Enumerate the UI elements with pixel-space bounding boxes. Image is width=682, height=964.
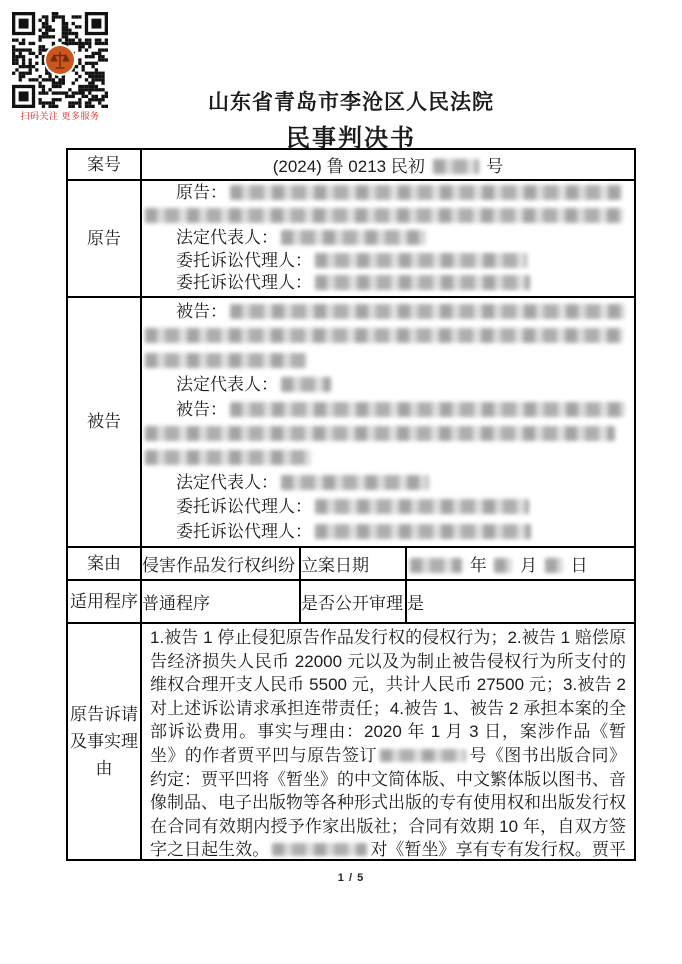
filing-date-value: 年 月 日 [406, 547, 635, 580]
document-header: 山东省青岛市李沧区人民法院 民事判决书 [66, 86, 636, 153]
redacted-text [315, 275, 530, 290]
party-line-label: 被告： [176, 302, 227, 321]
party-line: 法定代表人： [142, 227, 634, 250]
judgment-table: 案号 (2024) 鲁 0213 民初 号 原告 原告：法定代表人：委托诉讼代理… [66, 148, 636, 861]
redacted-text [315, 524, 531, 539]
plaintiff-label: 原告 [67, 180, 141, 297]
party-line-label: 法定代表人： [176, 375, 278, 394]
redacted-text [272, 843, 367, 856]
redacted-text [145, 426, 615, 441]
redacted-text [433, 159, 479, 174]
party-line [142, 324, 634, 348]
court-name: 山东省青岛市李沧区人民法院 [66, 86, 636, 116]
redacted-text [380, 749, 466, 762]
procedure-label: 适用程序 [67, 580, 141, 623]
case-number-label: 案号 [67, 149, 141, 180]
defendant-details: 被告：法定代表人：被告：法定代表人：委托诉讼代理人：委托诉讼代理人： [141, 297, 635, 547]
claims-label: 原告诉请及事实理由 [67, 623, 141, 860]
filing-date-label: 立案日期 [300, 547, 406, 580]
redacted-text [145, 450, 311, 465]
redacted-text [281, 475, 429, 490]
party-line [142, 205, 634, 228]
party-line-label: 委托诉讼代理人： [176, 522, 312, 541]
redacted-text [145, 353, 307, 368]
party-line [142, 446, 634, 470]
redacted-text [494, 558, 512, 573]
party-line: 委托诉讼代理人： [142, 495, 634, 519]
redacted-text [230, 402, 625, 417]
redacted-text [145, 328, 623, 343]
redacted-text [315, 499, 529, 514]
party-line [142, 422, 634, 446]
defendant-label: 被告 [67, 297, 141, 547]
party-line-label: 委托诉讼代理人： [176, 497, 312, 516]
party-line: 委托诉讼代理人： [142, 272, 634, 295]
defendant-row: 被告 被告：法定代表人：被告：法定代表人：委托诉讼代理人：委托诉讼代理人： [67, 297, 635, 547]
page-number: 1 / 5 [66, 872, 636, 884]
cause-row: 案由 侵害作品发行权纠纷 立案日期 年 月 日 [67, 547, 635, 580]
redacted-text [230, 304, 625, 319]
party-line-label: 委托诉讼代理人： [176, 251, 312, 270]
party-line-label: 原告： [176, 183, 227, 202]
party-line-label: 委托诉讼代理人： [176, 273, 312, 292]
redacted-text [230, 185, 622, 200]
party-line: 委托诉讼代理人： [142, 520, 634, 544]
plaintiff-row: 原告 原告：法定代表人：委托诉讼代理人：委托诉讼代理人： [67, 180, 635, 297]
redacted-text [281, 230, 426, 245]
public-hearing-value: 是 [406, 580, 635, 623]
party-line: 被告： [142, 398, 634, 422]
party-line-label: 被告： [176, 400, 227, 419]
case-number-row: 案号 (2024) 鲁 0213 民初 号 [67, 149, 635, 180]
party-line: 被告： [142, 300, 634, 324]
redacted-text [281, 377, 331, 392]
party-line-label: 法定代表人： [176, 473, 278, 492]
procedure-value: 普通程序 [141, 580, 300, 623]
party-line: 委托诉讼代理人： [142, 250, 634, 273]
party-line-label: 法定代表人： [176, 228, 278, 247]
party-line: 法定代表人： [142, 471, 634, 495]
party-line [142, 349, 634, 373]
redacted-text [410, 558, 462, 573]
claims-row: 原告诉请及事实理由 1.被告 1 停止侵犯原告作品发行权的侵权行为；2.被告 1… [67, 623, 635, 860]
case-number-value: (2024) 鲁 0213 民初 号 [141, 149, 635, 180]
claims-text: 1.被告 1 停止侵犯原告作品发行权的侵权行为；2.被告 1 赔偿原告经济损失人… [142, 624, 634, 859]
redacted-text [545, 558, 563, 573]
redacted-text [315, 253, 527, 268]
judgment-page: 扫码关注 更多服务 山东省青岛市李沧区人民法院 民事判决书 案号 (2024) … [0, 0, 682, 964]
public-hearing-label: 是否公开审理 [300, 580, 406, 623]
redacted-text [145, 208, 623, 223]
plaintiff-details: 原告：法定代表人：委托诉讼代理人：委托诉讼代理人： [141, 180, 635, 297]
claims-text-cell: 1.被告 1 停止侵犯原告作品发行权的侵权行为；2.被告 1 赔偿原告经济损失人… [141, 623, 635, 860]
procedure-row: 适用程序 普通程序 是否公开审理 是 [67, 580, 635, 623]
cause-value: 侵害作品发行权纠纷 [141, 547, 300, 580]
party-line: 原告： [142, 182, 634, 205]
party-line: 法定代表人： [142, 373, 634, 397]
cause-label: 案由 [67, 547, 141, 580]
